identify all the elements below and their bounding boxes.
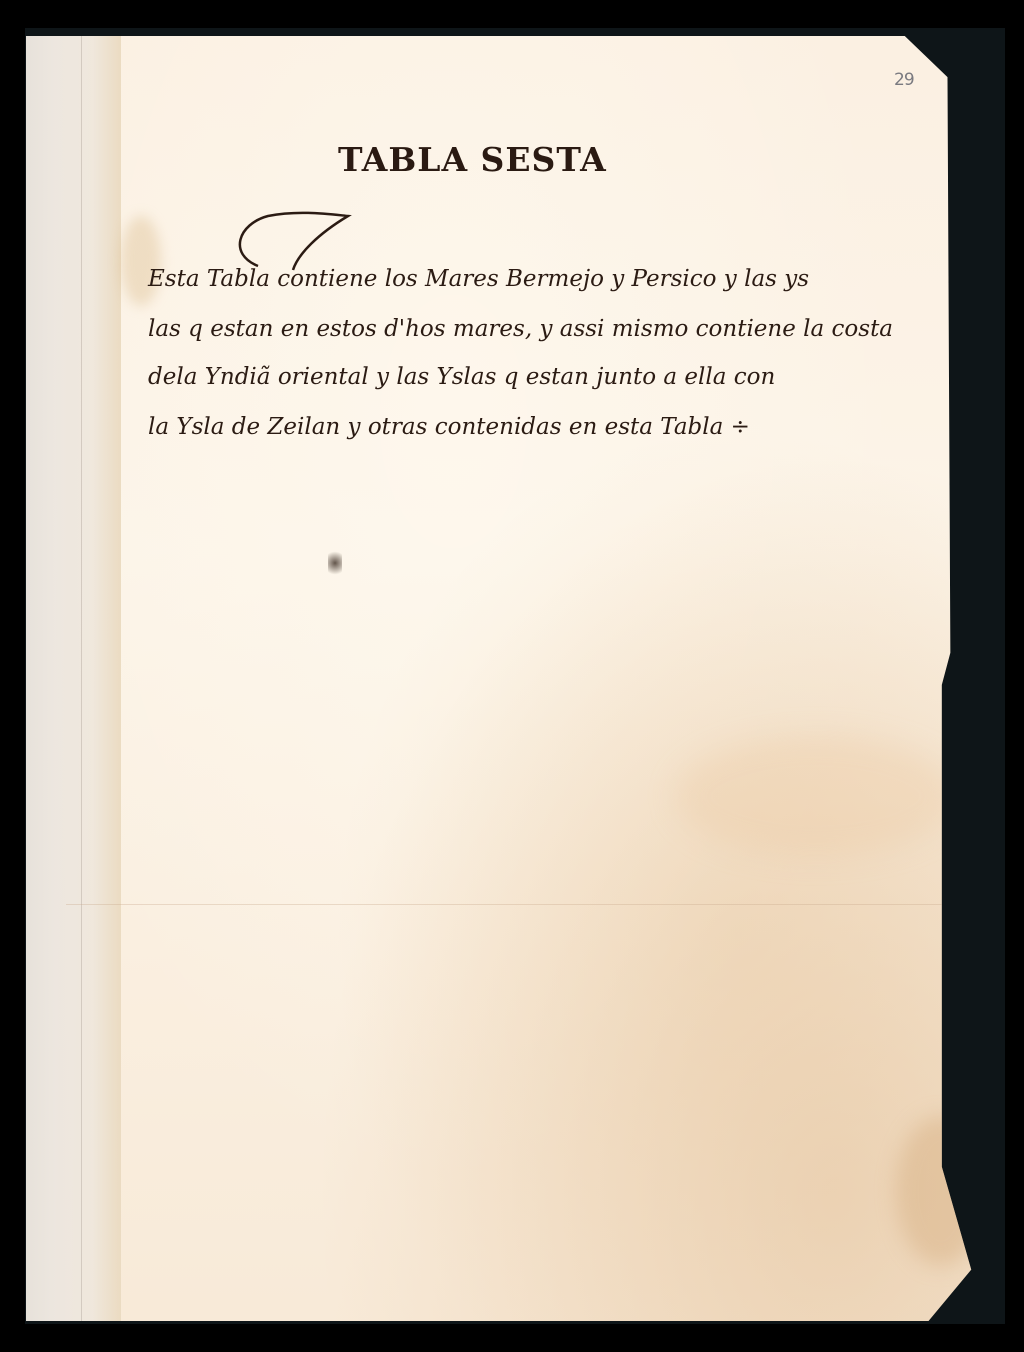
binding-fold-line (81, 36, 82, 1321)
paper-stain (121, 216, 161, 306)
body-line-2: las q estan en estos d'hos mares, y assi… (148, 318, 893, 341)
ink-blot (328, 548, 342, 578)
body-line-3: dela Yndiã oriental y las Yslas q estan … (148, 366, 775, 389)
body-line-4: la Ysla de Zeilan y otras contenidas en … (148, 416, 750, 439)
folio-number: 29 (894, 70, 914, 90)
paper-stain (676, 736, 956, 856)
manuscript-page: 29 TABLA SESTA Esta Tabla contiene los M… (26, 36, 976, 1321)
drop-cap-flourish-icon (198, 204, 418, 274)
page-title: TABLA SESTA (338, 140, 607, 179)
horizontal-fold-line (66, 904, 966, 905)
body-line-1: Esta Tabla contiene los Mares Bermejo y … (148, 268, 809, 291)
binding-strip (26, 36, 121, 1321)
